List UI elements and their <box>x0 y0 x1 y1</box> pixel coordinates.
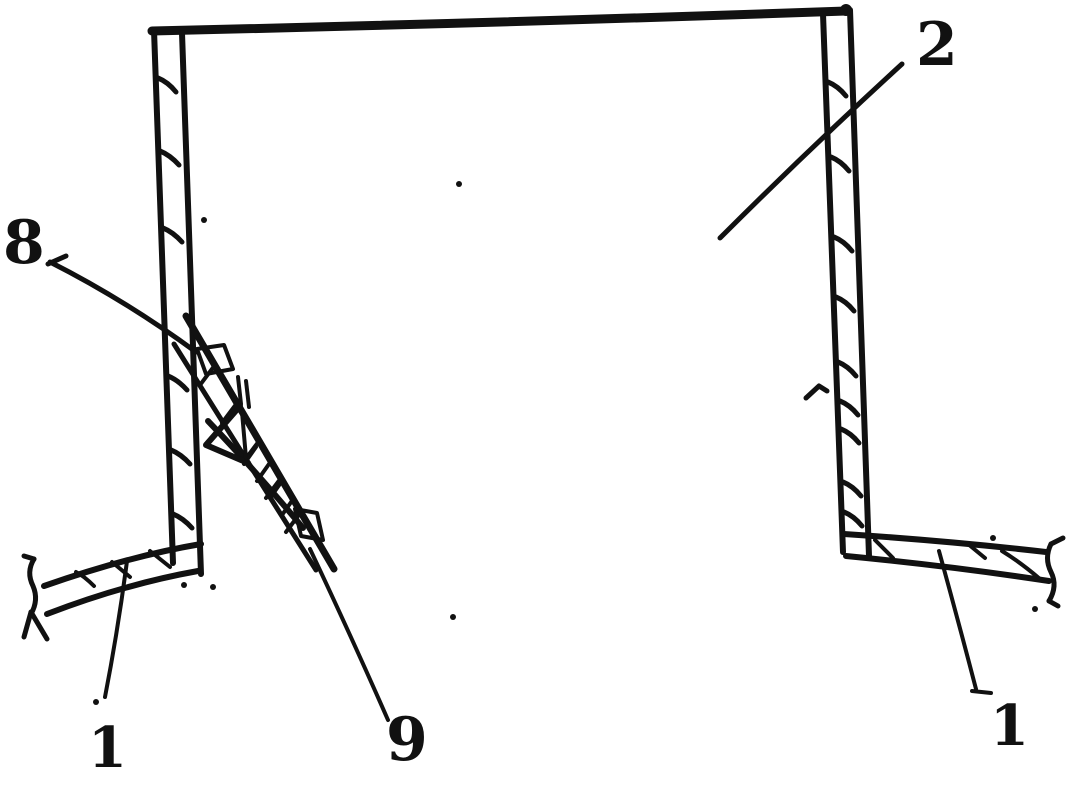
right-wall-hatch-tick <box>844 512 862 526</box>
leader-line-1-left-end-dot <box>93 699 99 705</box>
left-wall-hatch-tick <box>168 376 187 390</box>
stray-dot <box>990 535 996 541</box>
left-flange-end-bracket <box>30 559 36 614</box>
left-flange-end-fork <box>24 612 31 637</box>
left-wall-hatch-tick <box>158 78 176 92</box>
stray-dot <box>456 181 462 187</box>
right-wall-hatch-tick <box>841 429 859 443</box>
left-wall-hatch-tick <box>160 151 179 165</box>
top-beam-line <box>152 11 846 31</box>
left-flange-end-bracket-hook <box>24 556 34 559</box>
right-wall <box>806 10 869 556</box>
right-flange-end-bracket-hook <box>1049 601 1058 606</box>
callout-label-9: 9 <box>386 710 428 770</box>
top-beam <box>152 4 852 31</box>
callout-label-1-right: 1 <box>990 698 1029 754</box>
chute-short-bar <box>246 381 249 407</box>
left-wall-outer-edge <box>154 30 173 563</box>
right-wall-inner-edge <box>823 14 843 552</box>
callout-label-1-left: 1 <box>88 720 127 776</box>
right-flange-top-line <box>844 534 1046 552</box>
leader-line-8 <box>50 262 196 352</box>
right-wall-hatch-tick <box>828 82 846 96</box>
left-wall <box>154 30 201 574</box>
left-wall-hatch-tick <box>163 228 182 242</box>
left-wall-hatch-tick <box>171 450 190 464</box>
leader-line-2 <box>720 64 902 238</box>
right-flange-end-bracket-hook <box>1051 538 1063 544</box>
right-wall-hatch-tick <box>843 482 861 496</box>
right-wall-hatch-tick <box>834 237 852 251</box>
left-wall-inner-edge <box>182 33 201 574</box>
right-wall-hatch-tick <box>836 297 854 311</box>
right-flange-end-bracket <box>1048 544 1055 601</box>
callout-label-2: 2 <box>916 15 958 75</box>
left-wall-hatch-tick <box>173 514 192 528</box>
right-wall-hatch-tick <box>838 362 856 376</box>
right-wall-hatch-tick <box>840 401 858 415</box>
figure-canvas: 8 2 9 1 1 <box>0 0 1077 787</box>
stray-dot <box>181 582 187 588</box>
patent-drawing <box>0 0 1077 787</box>
right-wall-hatch-tick <box>831 157 849 171</box>
right-wall-outer-edge <box>850 10 869 556</box>
stray-dot <box>201 217 207 223</box>
stray-dot <box>210 584 216 590</box>
stray-dot <box>450 614 456 620</box>
left-flange-end-fork <box>31 612 47 639</box>
right-flange-hatch-tick <box>875 540 893 558</box>
leader-line-1-right-end-tick <box>972 691 991 693</box>
callout-label-8: 8 <box>3 213 45 273</box>
right-wall-check-tick <box>806 386 827 398</box>
stray-dot <box>1032 606 1038 612</box>
leader-line-9 <box>310 549 388 720</box>
leader-line-1-left <box>105 561 127 697</box>
